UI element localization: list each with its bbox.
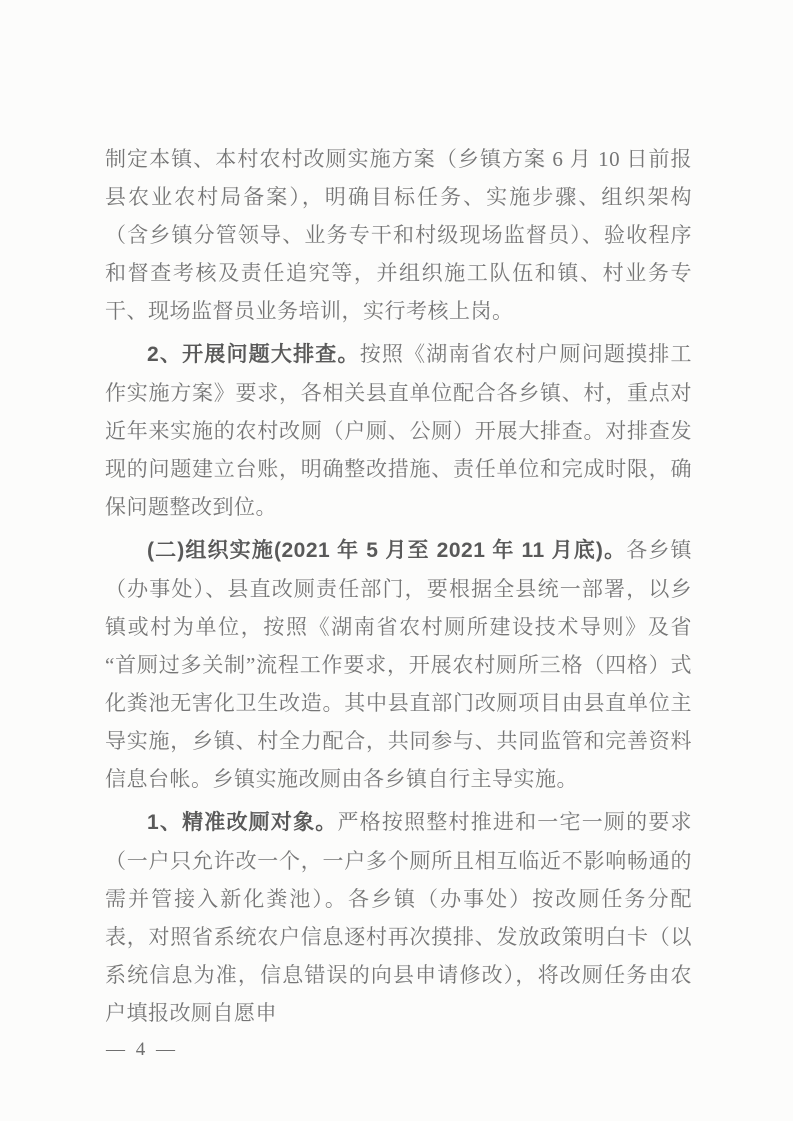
paragraph: 2、开展问题大排查。按照《湖南省农村户厕问题摸排工作实施方案》要求，各相关县直单… [105,335,692,526]
page-number: — 4 — [106,1036,178,1064]
document-body: 制定本镇、本村农村改厕实施方案（乡镇方案 6 月 10 日前报县农业农村局备案）… [105,140,692,1032]
paragraph-lead: 2、开展问题大排查。 [147,343,360,366]
paragraph-text: 严格按照整村推进和一宅一厕的要求（一户只允许改一个，一户多个厕所且相互临近不影响… [105,810,692,1025]
paragraph: 1、精准改厕对象。严格按照整村推进和一宅一厕的要求（一户只允许改一个，一户多个厕… [105,803,692,1032]
paragraph-lead: (二)组织实施(2021 年 5 月至 2021 年 11 月底)。 [147,539,626,562]
document-page: 制定本镇、本村农村改厕实施方案（乡镇方案 6 月 10 日前报县农业农村局备案）… [0,0,793,1121]
paragraph-text: 按照《湖南省农村户厕问题摸排工作实施方案》要求，各相关县直单位配合各乡镇、村，重… [105,342,692,519]
paragraph-text: 各乡镇（办事处）、县直改厕责任部门，要根据全县统一部署，以乡镇或村为单位，按照《… [105,538,692,791]
paragraph: 制定本镇、本村农村改厕实施方案（乡镇方案 6 月 10 日前报县农业农村局备案）… [105,140,692,330]
paragraph: (二)组织实施(2021 年 5 月至 2021 年 11 月底)。各乡镇（办事… [105,531,692,798]
paragraph-text: 制定本镇、本村农村改厕实施方案（乡镇方案 6 月 10 日前报县农业农村局备案）… [105,147,692,323]
paragraph-lead: 1、精准改厕对象。 [147,811,337,834]
